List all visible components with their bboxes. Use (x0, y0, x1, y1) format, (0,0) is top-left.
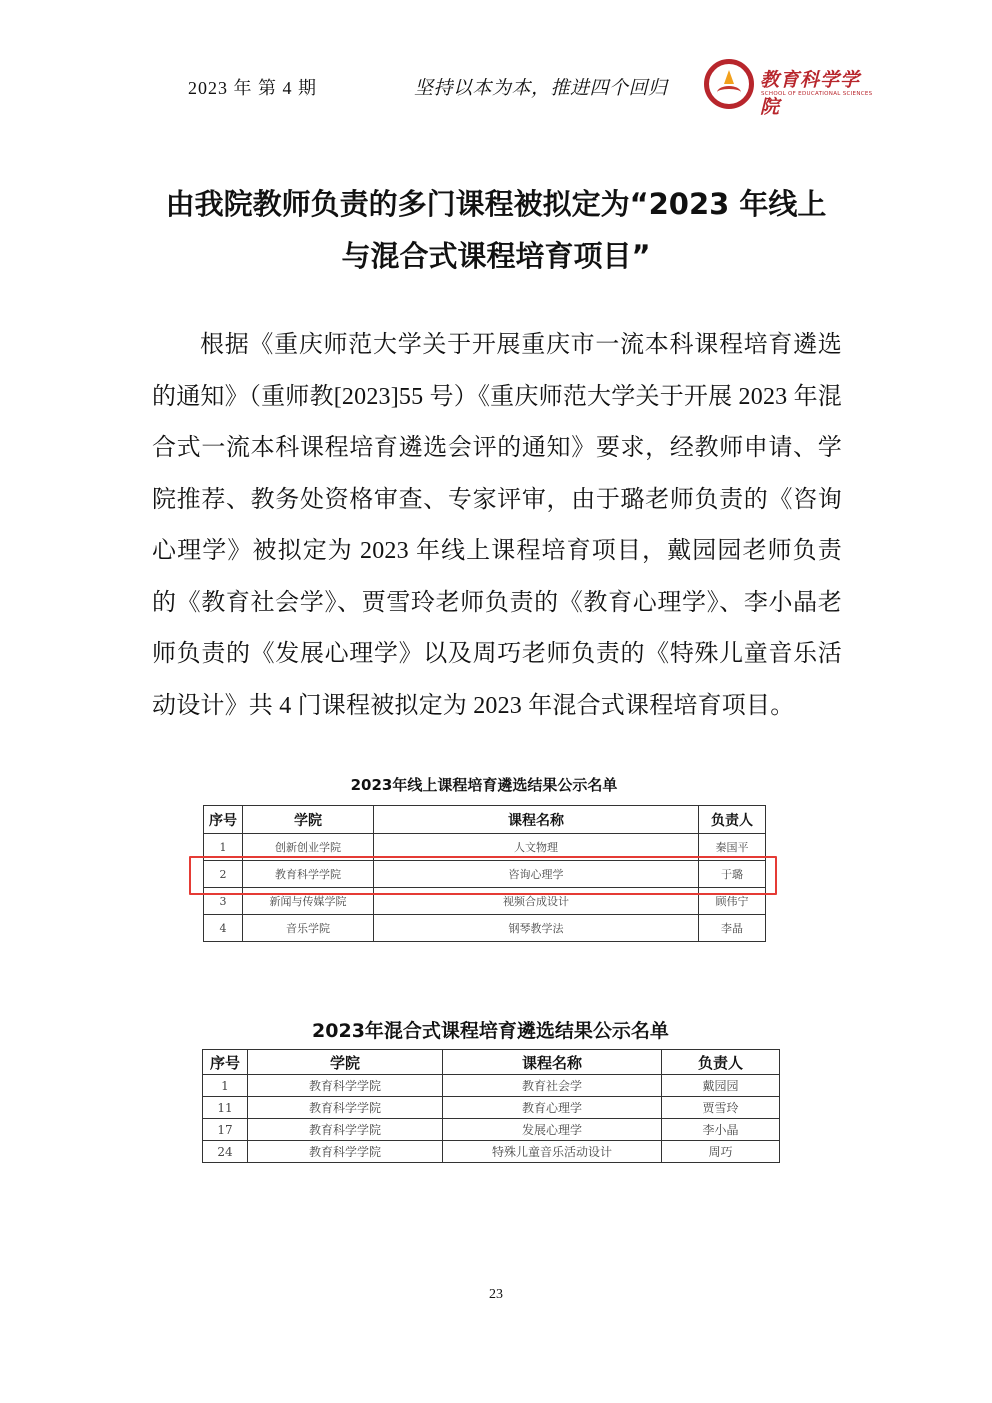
column-header: 序号 (203, 1050, 248, 1075)
course-name-cell: 视频合成设计 (374, 888, 699, 915)
blended-table-caption: 2023年混合式课程培育遴选结果公示名单 (202, 1016, 779, 1043)
table-row: 17 教育科学学院 发展心理学 李小晶 (203, 1119, 780, 1141)
instructor-cell: 贾雪玲 (662, 1097, 780, 1119)
table-row: 3 新闻与传媒学院 视频合成设计 顾伟宁 (204, 888, 766, 915)
school-logo: 教育科学学院 SCHOOL OF EDUCATIONAL SCIENCES (704, 59, 874, 111)
column-header: 学院 (248, 1050, 443, 1075)
row-number: 1 (204, 834, 243, 861)
row-number: 24 (203, 1141, 248, 1163)
course-name-cell: 咨询心理学 (374, 861, 699, 888)
blended-course-table: 序号 学院 课程名称 负责人 1 教育科学学院 教育社会学 戴园园 11 教育科… (202, 1049, 780, 1163)
online-table-caption: 2023年线上课程培育遴选结果公示名单 (203, 774, 765, 795)
instructor-cell: 顾伟宁 (699, 888, 766, 915)
course-name-cell: 特殊儿童音乐活动设计 (443, 1141, 662, 1163)
row-number: 3 (204, 888, 243, 915)
course-name-cell: 教育社会学 (443, 1075, 662, 1097)
article-body: 根据《重庆师范大学关于开展重庆市一流本科课程培育遴选的通知》（重师教[2023]… (152, 320, 842, 732)
column-header: 学院 (243, 806, 374, 834)
college-cell: 教育科学学院 (248, 1075, 443, 1097)
column-header: 负责人 (662, 1050, 780, 1075)
table-row: 24 教育科学学院 特殊儿童音乐活动设计 周巧 (203, 1141, 780, 1163)
college-cell: 教育科学学院 (248, 1141, 443, 1163)
row-number: 2 (204, 861, 243, 888)
course-name-cell: 人文物理 (374, 834, 699, 861)
row-number: 1 (203, 1075, 248, 1097)
row-number: 4 (204, 915, 243, 942)
college-cell: 教育科学学院 (243, 861, 374, 888)
table-row: 1 创新创业学院 人文物理 秦国平 (204, 834, 766, 861)
article-title: 由我院教师负责的多门课程被拟定为“2023 年线上 与混合式课程培育项目” (130, 178, 862, 282)
instructor-cell: 周巧 (662, 1141, 780, 1163)
row-number: 17 (203, 1119, 248, 1141)
online-course-table: 序号 学院 课程名称 负责人 1 创新创业学院 人文物理 秦国平 2 教育科学学… (203, 805, 766, 942)
column-header: 序号 (204, 806, 243, 834)
motto-text: 坚持以本为本，推进四个回归 (414, 73, 668, 100)
table-row: 1 教育科学学院 教育社会学 戴园园 (203, 1075, 780, 1097)
table-header-row: 序号 学院 课程名称 负责人 (204, 806, 766, 834)
college-cell: 教育科学学院 (248, 1119, 443, 1141)
logo-school-subtitle: SCHOOL OF EDUCATIONAL SCIENCES (761, 91, 872, 97)
article-title-line-1: 由我院教师负责的多门课程被拟定为“2023 年线上 (130, 178, 862, 230)
school-emblem-icon (704, 59, 754, 109)
college-cell: 新闻与传媒学院 (243, 888, 374, 915)
issue-label: 2023 年 第 4 期 (188, 74, 317, 100)
course-name-cell: 发展心理学 (443, 1119, 662, 1141)
article-title-line-2: 与混合式课程培育项目” (130, 230, 862, 282)
instructor-cell: 戴园园 (662, 1075, 780, 1097)
instructor-cell: 秦国平 (699, 834, 766, 861)
course-name-cell: 钢琴教学法 (374, 915, 699, 942)
page-header: 2023 年 第 4 期 坚持以本为本，推进四个回归 教育科学学院 SCHOOL… (0, 0, 992, 120)
college-cell: 教育科学学院 (248, 1097, 443, 1119)
instructor-cell: 李晶 (699, 915, 766, 942)
table-row-highlighted: 2 教育科学学院 咨询心理学 于璐 (204, 861, 766, 888)
course-name-cell: 教育心理学 (443, 1097, 662, 1119)
table-header-row: 序号 学院 课程名称 负责人 (203, 1050, 780, 1075)
column-header: 负责人 (699, 806, 766, 834)
page-number: 23 (0, 1287, 992, 1303)
column-header: 课程名称 (374, 806, 699, 834)
instructor-cell: 李小晶 (662, 1119, 780, 1141)
college-cell: 创新创业学院 (243, 834, 374, 861)
table-row: 4 音乐学院 钢琴教学法 李晶 (204, 915, 766, 942)
instructor-cell: 于璐 (699, 861, 766, 888)
table-row: 11 教育科学学院 教育心理学 贾雪玲 (203, 1097, 780, 1119)
college-cell: 音乐学院 (243, 915, 374, 942)
column-header: 课程名称 (443, 1050, 662, 1075)
row-number: 11 (203, 1097, 248, 1119)
